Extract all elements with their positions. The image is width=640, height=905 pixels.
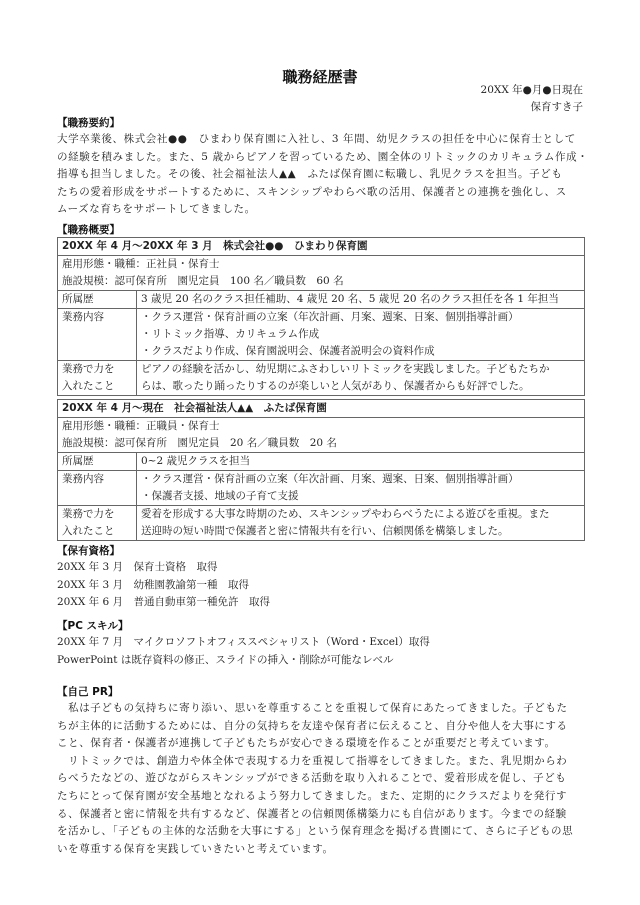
date-name-block: 20XX 年●月●日現在 保育すき子	[481, 82, 583, 116]
row-content: 愛着を形成する大事な時期のため、スキンシップやわらべうたによる遊びを重視。また …	[137, 506, 585, 541]
row-label-line: 入れたこと	[62, 523, 132, 540]
self-pr-line: を活かし、「子どもの主体的な活動を大事にする」という保育理念を掲げる貴園にて、さ…	[57, 823, 587, 841]
qualifications-list: 20XX 年 3 月 保育士資格 取得 20XX 年 3 月 幼稚園教諭第一種 …	[57, 559, 270, 612]
duty-item: ・保護者支援、地域の子育て支援	[141, 488, 580, 505]
qualification-item: 20XX 年 6 月 普通自動車第一種免許 取得	[57, 594, 270, 612]
applicant-name: 保育すき子	[481, 99, 583, 116]
self-pr-line: リトミックでは、創造力や体全体で表現する力を重視して指導をしてきました。また、乳…	[57, 753, 587, 771]
qualification-item: 20XX 年 3 月 保育士資格 取得	[57, 559, 270, 577]
row-label-line: 業務で力を	[62, 506, 132, 523]
duty-item: ・リトミック指導、カリキュラム作成	[141, 326, 580, 343]
qualification-item: 20XX 年 3 月 幼稚園教諭第一種 取得	[57, 577, 270, 595]
job-period-title: 20XX 年 4 月～現在 社会福祉法人▲▲ ふたば保育園	[58, 400, 585, 418]
row-label: 所属歴	[58, 291, 137, 309]
row-label: 業務内容	[58, 309, 137, 361]
row-content: ピアノの経験を活かし、幼児期にふさわしいリトミックを実践しました。子どもたちか …	[137, 361, 585, 396]
job-facility: 施設規模：認可保育所 園児定員 20 名／職員数 20 名	[58, 435, 585, 453]
row-label: 所属歴	[58, 453, 137, 471]
resume-page: 職務経歴書 20XX 年●月●日現在 保育すき子 【職務要約】 大学卒業後、株式…	[0, 0, 640, 905]
job-employment: 雇用形態・職種：正職員・保育士	[58, 418, 585, 436]
summary-heading: 【職務要約】	[57, 115, 120, 130]
row-label: 業務内容	[58, 471, 137, 506]
pc-skill-item: 20XX 年 7 月 マイクロソフトオフィススペシャリスト（Word・Excel…	[57, 634, 430, 652]
row-content: ・クラス運営・保育計画の立案（年次計画、月案、週案、日案、個別指導計画） ・保護…	[137, 471, 585, 506]
focus-line: らは、歌ったり踊ったりするのが楽しいと人気があり、保護者からも好評でした。	[141, 378, 580, 395]
focus-line: 送迎時の短い時間で保護者と密に情報共有を行い、信頼関係を構築しました。	[141, 523, 580, 540]
job-row-focus: 業務で力を 入れたこと 愛着を形成する大事な時期のため、スキンシップやわらべうた…	[58, 506, 585, 541]
pc-skill-item: PowerPoint は既存資料の修正、スライドの挿入・削除が可能なレベル	[57, 652, 430, 670]
row-label-line: 業務で力を	[62, 361, 132, 378]
duty-item: ・クラスだより作成、保育園説明会、保護者説明会の資料作成	[141, 343, 580, 360]
pc-skills-heading: 【PC スキル】	[57, 618, 128, 633]
career-heading: 【職務概要】	[57, 222, 120, 237]
summary-line: たちの愛着形成をサポートするために、スキンシップやわらべ歌の活用、保護者との連携…	[57, 184, 587, 202]
job-facility: 施設規模：認可保育所 園児定員 100 名／職員数 60 名	[58, 273, 585, 291]
self-pr-line: いを尊重する保育を実践していきたいと考えています。	[57, 841, 587, 859]
self-pr-line: る、保護者と密に情報を共有するなど、保護者との信頼関係構築力にも自信があります。…	[57, 806, 587, 824]
duty-item: ・クラス運営・保育計画の立案（年次計画、月案、週案、日案、個別指導計画）	[141, 471, 580, 488]
row-label-line: 入れたこと	[62, 378, 132, 395]
qualifications-heading: 【保有資格】	[57, 543, 120, 558]
summary-line: 大学卒業後、株式会社●● ひまわり保育園に入社し、3 年間、幼児クラスの担任を中…	[57, 131, 587, 149]
self-pr-line: こと、保育者・保護者が連携して子どもたちが安心できる環境を作ることが重要だと考え…	[57, 735, 587, 753]
summary-paragraph: 大学卒業後、株式会社●● ひまわり保育園に入社し、3 年間、幼児クラスの担任を中…	[57, 131, 587, 219]
document-date: 20XX 年●月●日現在	[481, 82, 583, 99]
row-content: ・クラス運営・保育計画の立案（年次計画、月案、週案、日案、個別指導計画） ・リト…	[137, 309, 585, 361]
summary-line: ムーズな育ちをサポートしてきました。	[57, 201, 587, 219]
self-pr-line: 私は子どもの気持ちに寄り添い、思いを尊重することを重視して保育にあたってきました…	[57, 700, 587, 718]
self-pr-paragraph: 私は子どもの気持ちに寄り添い、思いを尊重することを重視して保育にあたってきました…	[57, 700, 587, 858]
row-content: 0~2 歳児クラスを担当	[137, 453, 585, 471]
row-content: 3 歳児 20 名のクラス担任補助、4 歳児 20 名、5 歳児 20 名のクラ…	[137, 291, 585, 309]
self-pr-line: らべうたなどの、遊びながらスキンシップができる活動を取り入れることで、愛着形成を…	[57, 770, 587, 788]
self-pr-heading: 【自己 PR】	[57, 684, 118, 699]
row-label: 業務で力を 入れたこと	[58, 506, 137, 541]
job-row-duties: 業務内容 ・クラス運営・保育計画の立案（年次計画、月案、週案、日案、個別指導計画…	[58, 471, 585, 506]
self-pr-line: ちが主体的に活動するためには、自分の気持ちを友達や保育者に伝えること、自分や他人…	[57, 718, 587, 736]
duty-item: ・クラス運営・保育計画の立案（年次計画、月案、週案、日案、個別指導計画）	[141, 309, 580, 326]
job-table-1: 20XX 年 4 月～20XX 年 3 月 株式会社●● ひまわり保育園 雇用形…	[57, 237, 585, 396]
job-row-focus: 業務で力を 入れたこと ピアノの経験を活かし、幼児期にふさわしいリトミックを実践…	[58, 361, 585, 396]
row-label: 業務で力を 入れたこと	[58, 361, 137, 396]
job-period-title: 20XX 年 4 月～20XX 年 3 月 株式会社●● ひまわり保育園	[58, 238, 585, 256]
job-table-2: 20XX 年 4 月～現在 社会福祉法人▲▲ ふたば保育園 雇用形態・職種：正職…	[57, 399, 585, 541]
focus-line: 愛着を形成する大事な時期のため、スキンシップやわらべうたによる遊びを重視。また	[141, 506, 580, 523]
summary-line: 指導も担当しました。その後、社会福祉法人▲▲ ふたば保育園に転職し、乳児クラスを…	[57, 166, 587, 184]
summary-line: の経験を積みました。また、5 歳からピアノを習っているため、園全体のリトミックの…	[57, 149, 587, 167]
self-pr-line: たちにとって保育園が安全基地となれるよう努力してきました。また、定期的にクラスだ…	[57, 788, 587, 806]
job-row-duties: 業務内容 ・クラス運営・保育計画の立案（年次計画、月案、週案、日案、個別指導計画…	[58, 309, 585, 361]
job-employment: 雇用形態・職種：正社員・保育士	[58, 256, 585, 274]
job-row-affiliation: 所属歴 0~2 歳児クラスを担当	[58, 453, 585, 471]
job-row-affiliation: 所属歴 3 歳児 20 名のクラス担任補助、4 歳児 20 名、5 歳児 20 …	[58, 291, 585, 309]
focus-line: ピアノの経験を活かし、幼児期にふさわしいリトミックを実践しました。子どもたちか	[141, 361, 580, 378]
pc-skills-list: 20XX 年 7 月 マイクロソフトオフィススペシャリスト（Word・Excel…	[57, 634, 430, 669]
